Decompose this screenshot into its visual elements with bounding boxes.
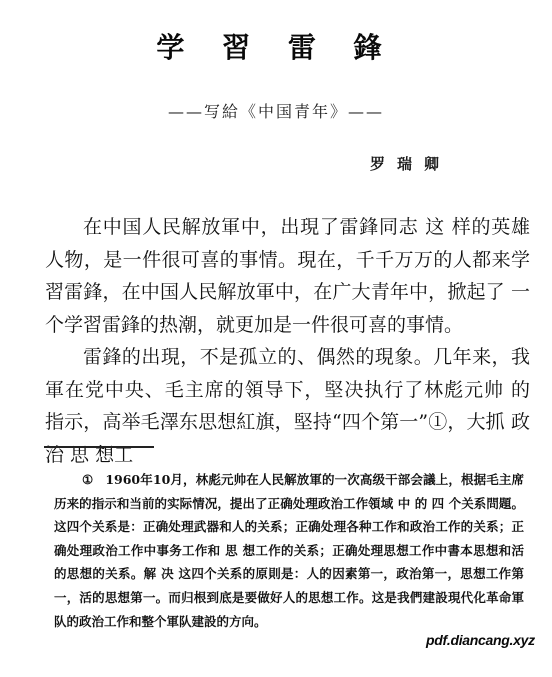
footnote-text: 1960年10月，林彪元帅在人民解放軍的一次高级干部会議上，根据毛主席历来的指示… (54, 472, 524, 629)
footnote: ①1960年10月，林彪元帅在人民解放軍的一次高级干部会議上，根据毛主席历来的指… (54, 468, 524, 633)
author-name: 罗瑞卿 (370, 154, 451, 174)
document-subtitle: ——写給《中国青年》—— (0, 101, 552, 123)
watermark: pdf.diancang.xyz (426, 632, 535, 648)
document-page: 学 習 雷 鋒 ——写給《中国青年》—— 罗瑞卿 在中国人民解放軍中，出現了雷鋒… (0, 0, 552, 677)
paragraph: 在中国人民解放軍中，出現了雷鋒同志 这 样的英雄人物，是一件很可喜的事情。現在，… (45, 211, 530, 341)
body-text: 在中国人民解放軍中，出現了雷鋒同志 这 样的英雄人物，是一件很可喜的事情。現在，… (45, 211, 530, 471)
footnote-separator (44, 446, 154, 448)
footnote-marker: ① (82, 472, 93, 487)
document-title: 学 習 雷 鋒 (0, 30, 552, 66)
paragraph: 雷鋒的出現，不是孤立的、偶然的現象。几年来，我軍在党中央、毛主席的領导下，堅决执… (45, 341, 530, 471)
